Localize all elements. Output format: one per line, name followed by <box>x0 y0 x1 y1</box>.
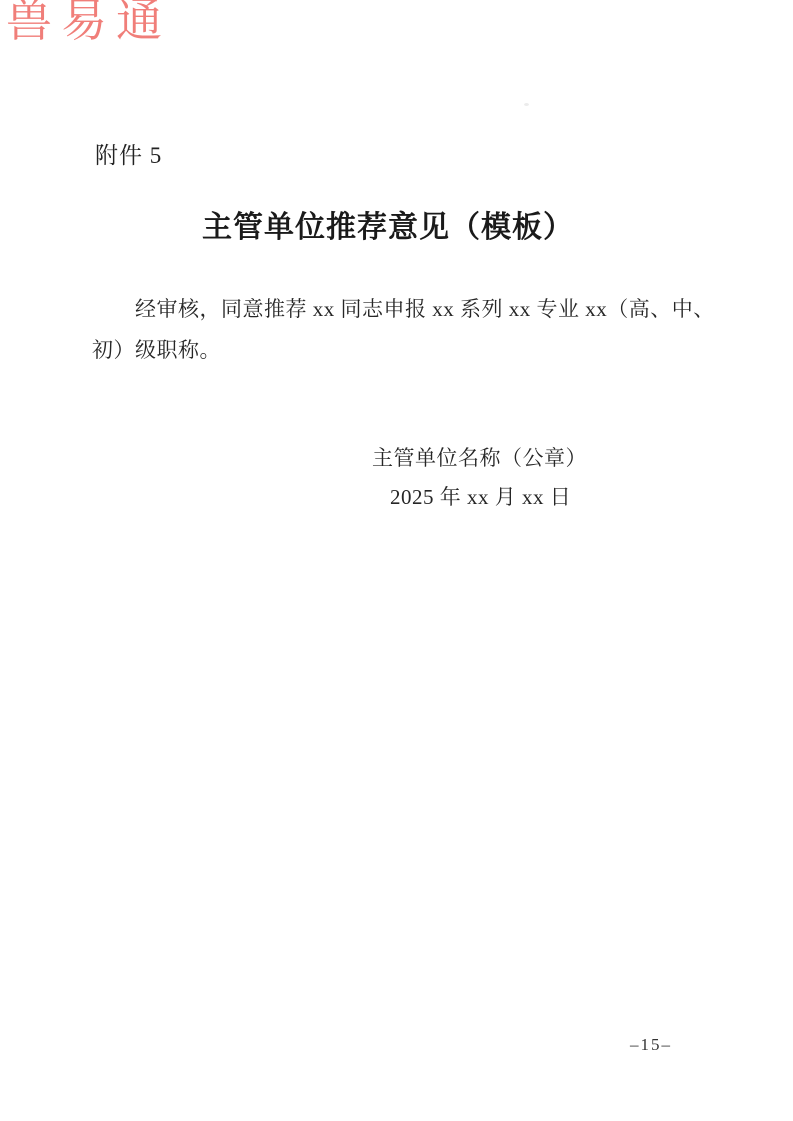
watermark-brand-text: 兽易通 <box>6 0 171 47</box>
signature-unit-line: 主管单位名称（公章） <box>372 442 587 472</box>
document-title: 主管单位推荐意见（模板） <box>0 202 776 246</box>
scan-artifact-speck <box>524 103 529 106</box>
document-page: 兽易通 附件 5 主管单位推荐意见（模板） 经审核，同意推荐 xx 同志申报 x… <box>0 0 793 1121</box>
body-paragraph-line-1: 经审核，同意推荐 xx 同志申报 xx 系列 xx 专业 xx（高、中、 <box>135 296 715 322</box>
signature-date-line: 2025 年 xx 月 xx 日 <box>390 481 571 511</box>
attachment-label: 附件 5 <box>95 137 162 170</box>
page-number: –15– <box>630 1035 672 1055</box>
body-paragraph-line-2: 初）级职称。 <box>92 337 221 363</box>
